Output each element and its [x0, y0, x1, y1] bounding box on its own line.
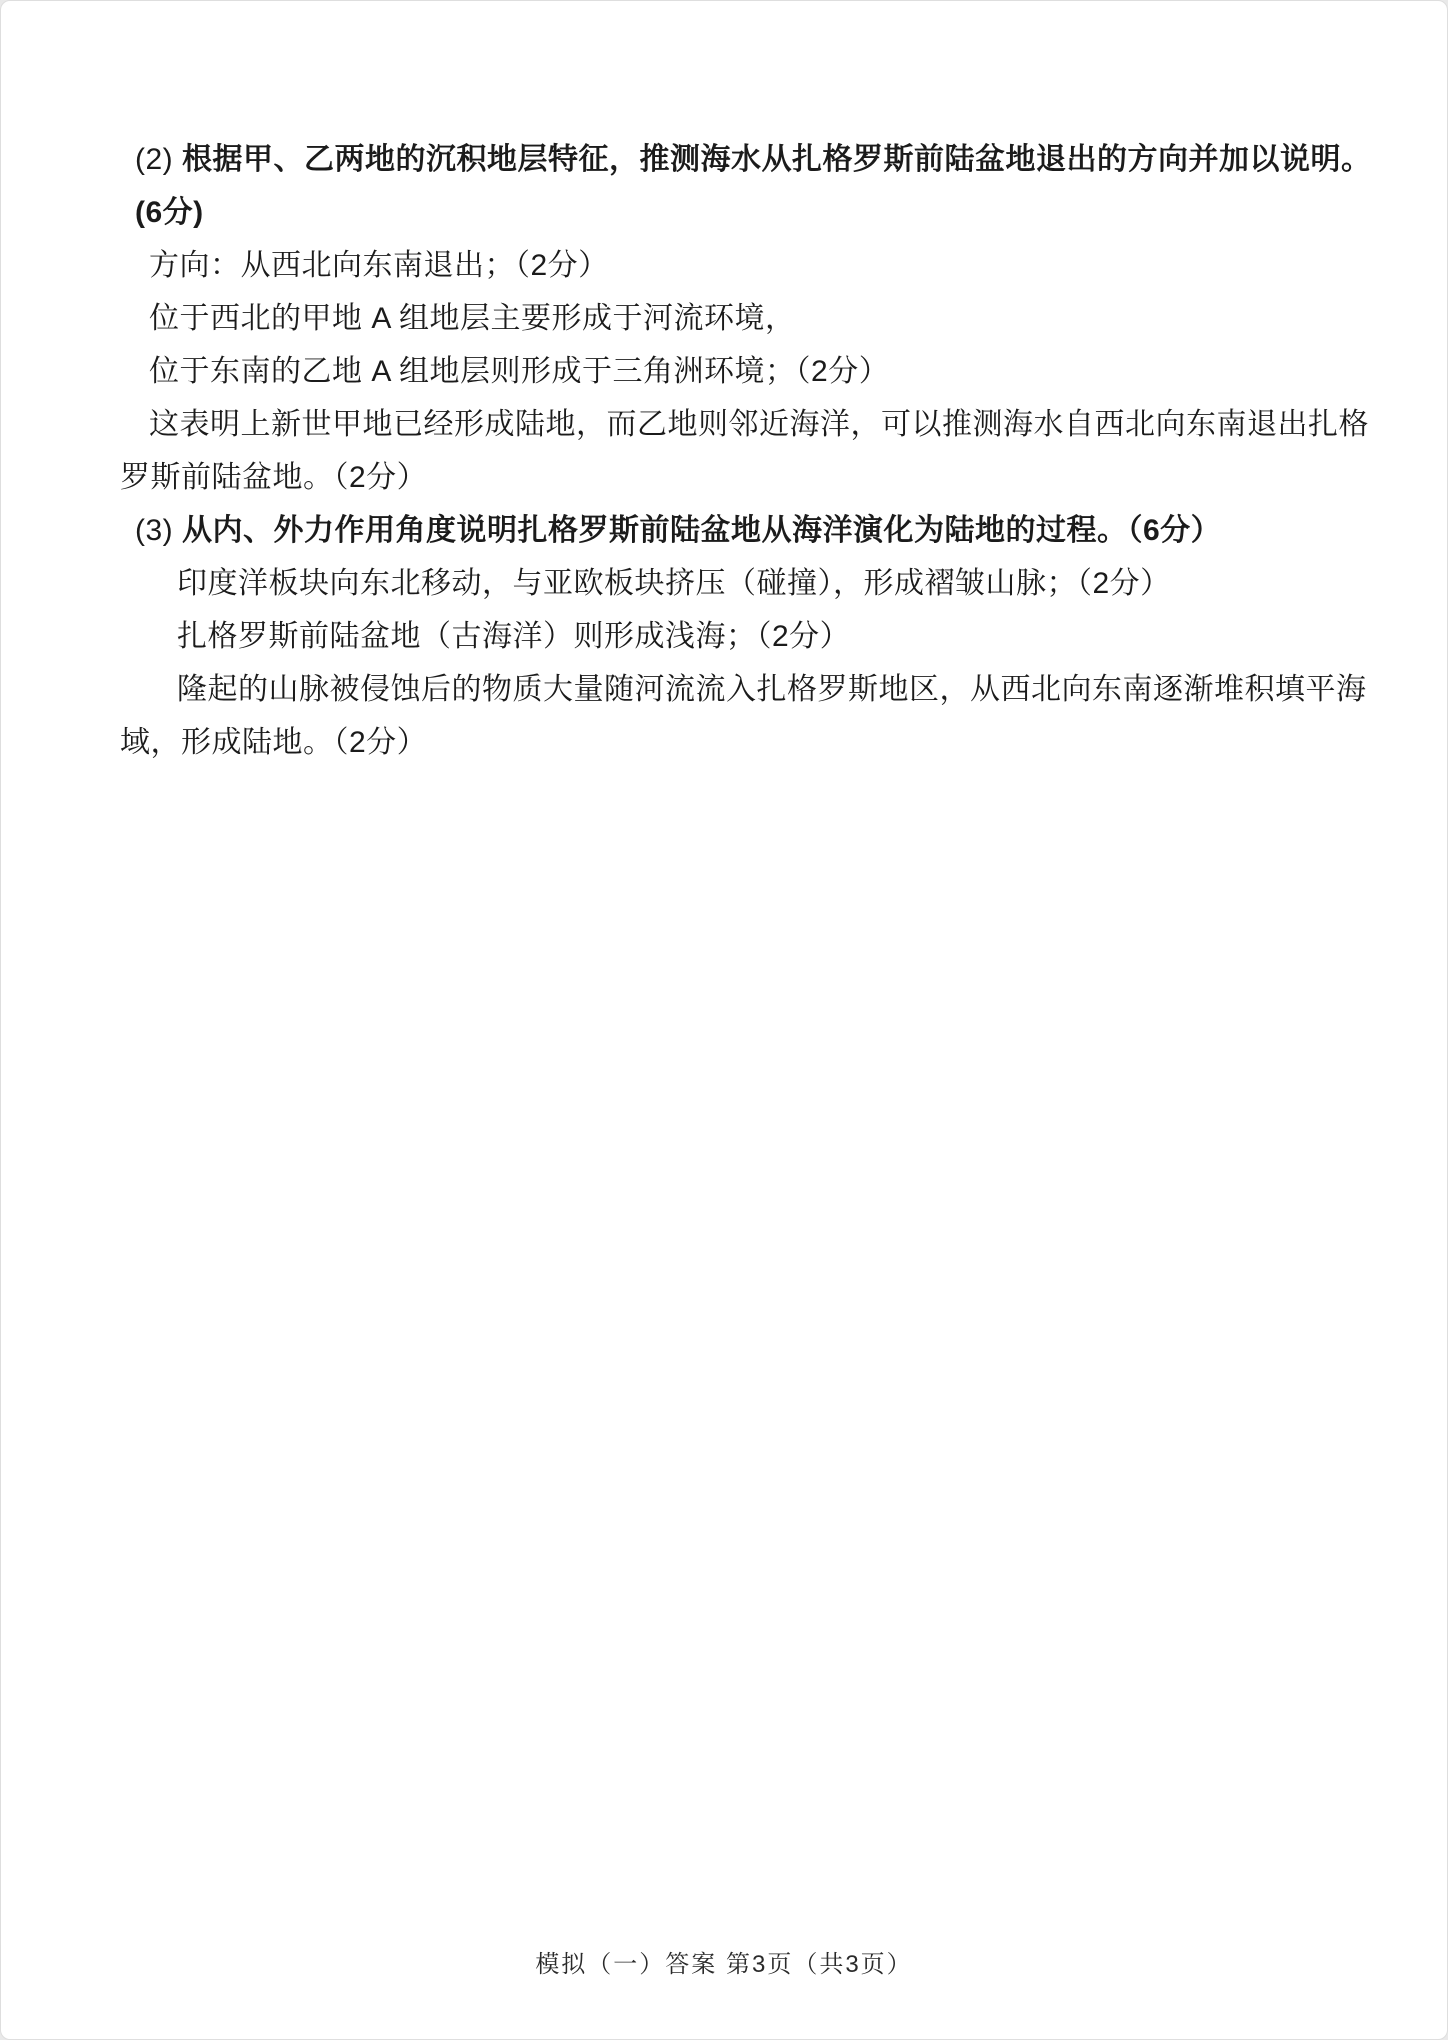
q3-answer-deposition-line2: 域，形成陆地。（2分） [1, 716, 1447, 769]
q3-answer-deposition-line1: 隆起的山脉被侵蚀后的物质大量随河流流入扎格罗斯地区，从西北向东南逐渐堆积填平海 [1, 663, 1447, 716]
q2-answer-site-jia: 位于西北的甲地 A 组地层主要形成于河流环境， [1, 292, 1447, 345]
q2-answer-explanation-line2: 罗斯前陆盆地。（2分） [1, 451, 1447, 504]
answer-content: (2) 根据甲、乙两地的沉积地层特征，推测海水从扎格罗斯前陆盆地退出的方向并加以… [1, 133, 1447, 769]
q2-answer-direction: 方向：从西北向东南退出；（2分） [1, 239, 1447, 292]
question-3-heading-text: 从内、外力作用角度说明扎格罗斯前陆盆地从海洋演化为陆地的过程。（6分） [182, 514, 1221, 547]
question-3-number: (3) [135, 514, 182, 547]
q2-answer-site-yi: 位于东南的乙地 A 组地层则形成于三角洲环境；（2分） [1, 345, 1447, 398]
answer-sheet-page: (2) 根据甲、乙两地的沉积地层特征，推测海水从扎格罗斯前陆盆地退出的方向并加以… [0, 0, 1448, 2040]
question-2-score: (6分) [1, 186, 1447, 239]
question-2-heading-text: 根据甲、乙两地的沉积地层特征，推测海水从扎格罗斯前陆盆地退出的方向并加以说明。 [182, 143, 1372, 176]
question-3-heading: (3) 从内、外力作用角度说明扎格罗斯前陆盆地从海洋演化为陆地的过程。（6分） [1, 504, 1447, 557]
q2-answer-explanation-line1: 这表明上新世甲地已经形成陆地，而乙地则邻近海洋，可以推测海水自西北向东南退出扎格 [1, 398, 1447, 451]
question-2-heading: (2) 根据甲、乙两地的沉积地层特征，推测海水从扎格罗斯前陆盆地退出的方向并加以… [1, 133, 1447, 186]
page-footer: 模拟（一）答案 第3页（共3页） [1, 1949, 1447, 1981]
q3-answer-shallow-sea: 扎格罗斯前陆盆地（古海洋）则形成浅海；（2分） [1, 610, 1447, 663]
q3-answer-plate-collision: 印度洋板块向东北移动，与亚欧板块挤压（碰撞），形成褶皱山脉；（2分） [1, 557, 1447, 610]
question-2-number: (2) [135, 143, 182, 176]
